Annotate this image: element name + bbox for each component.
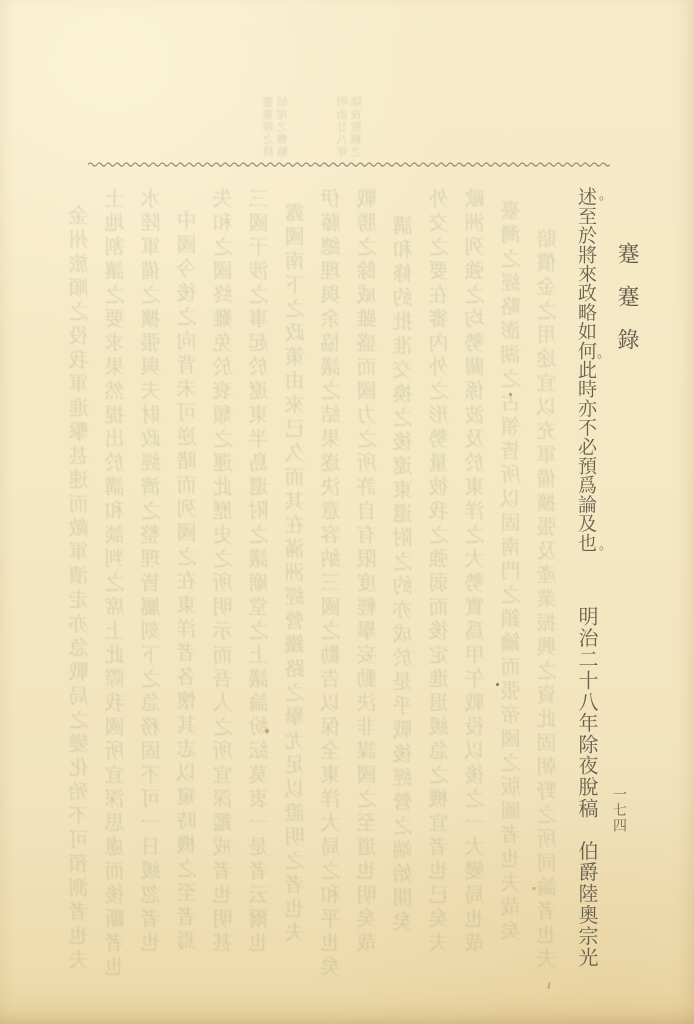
- bleedthrough-column: 水陸軍備之擴張與夫財政經濟之整理皆屬刻下之急務固不可一日緩忽者也: [142, 188, 162, 956]
- paper-speck: [532, 887, 536, 890]
- bleedthrough-column: 失和之國終難免於衰頹之運此歷史之所明示而吾人之所宜深鑑戒者也明甚: [214, 188, 234, 956]
- paper-speck: [496, 683, 499, 686]
- period-mark-after-ikan: 。: [597, 347, 610, 360]
- bleedthrough-column: 外交之要在審內外之形勢量彼我之強弱而後定進退緩急之機宜者也已矣夫: [430, 188, 450, 956]
- wavy-rule-fill: [88, 160, 610, 169]
- bleedthrough-column: 戰勝之餘威雖盛而國力之所許自有限度輕擧妄動決非謀國之至道也明矣哉: [358, 188, 378, 956]
- period-mark-after-nari: 。: [599, 539, 612, 552]
- bleedthrough-column: 金州旅順之役我軍進擊甚速而敵軍潰走亦急戰局之變化殆不可預測者也夫: [70, 205, 90, 973]
- bleedthrough-column: 露國南下之政策由來已久而其在滿洲經營鐵路之擧尤足以證明之者也夫: [286, 202, 306, 946]
- bleedthrough-column: 中國今後之向背未可逆睹而列國之在東洋者各懷其志以窺時機之至者焉: [178, 210, 198, 954]
- page-number: 一七四: [612, 787, 626, 834]
- paper-speck: [509, 393, 512, 396]
- bleedthrough-column: 蹇蹇錄之終: [263, 96, 274, 159]
- scanned-book-page: 金州旅順之役我軍進擊甚速而敵軍潰走亦急戰局之變化殆不可預測者也夫土地割讓之要求果…: [0, 0, 694, 1024]
- period-mark-after-jutsu: 。: [599, 189, 612, 202]
- bleedthrough-column: 明治廿八年: [337, 96, 348, 159]
- paper-speck: [265, 729, 269, 733]
- bleedthrough-column: 伊藤總理與余協議之結果遂決意容納三國之勸告以保全東洋大局之和平也矣: [322, 188, 342, 980]
- bleedthrough-column: 臺灣之經略澎湖之占領皆所以固南門之鎖鑰而張帝國之版圖者也夫哉矣: [502, 200, 522, 944]
- main-text-closing-line: 述至於將來政略如何此時亦不必預爲論及也: [576, 187, 595, 552]
- bleedthrough-column: 三國干涉之事起於遼東半島還附之議廟堂之上議論紛紜莫衷一是者云爾也: [250, 188, 270, 956]
- bleedthrough-column: 土地割讓之要求果然提出於講和談判之席上此際我國所宜深思慮而後斷者也: [106, 188, 126, 980]
- colophon-date-and-author: 明治二十八年除夜脫稿 伯爵陸奧宗光: [577, 606, 597, 968]
- bleedthrough-column: 賠償金之用途宜以充軍備擴張及產業振興之資此固朝野之所同論者也夫: [538, 228, 558, 972]
- running-title: 蹇蹇錄: [615, 242, 637, 371]
- bleedthrough-column: 結尾之概略: [277, 96, 288, 159]
- bleedthrough-column: 歐洲列強之均勢關係波及於東洋之大勢實爲甲午戰役以後之一大變局也哉: [466, 188, 486, 956]
- bleedthrough-column: 除夜脫稿之: [351, 96, 362, 159]
- section-end-wavy-rule: [88, 160, 610, 169]
- bleedthrough-column: 講和條約批准交換之後遼東還附之約亦成於是乎戰後經營之端始開矣: [394, 215, 414, 935]
